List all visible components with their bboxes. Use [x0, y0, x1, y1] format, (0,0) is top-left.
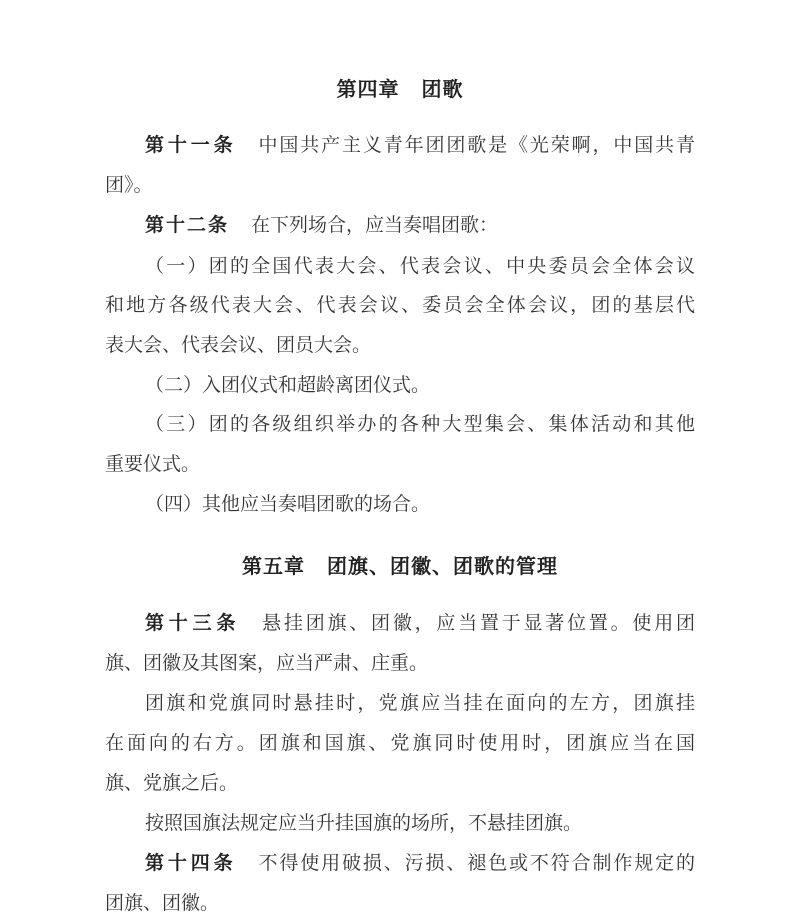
article-12-intro: 第十二条在下列场合，应当奏唱团歌： — [145, 212, 695, 238]
article-label: 第十二条 — [145, 214, 229, 236]
document-page: 第四章团歌 第十一条中国共产主义青年团团歌是《光荣啊，中国共青 团》。 第十二条… — [0, 0, 800, 923]
article-label: 第十三条 — [145, 612, 240, 634]
article-12-item3-line-1: （三）团的各级组织举办的各种大型集会、集体活动和其他 — [145, 411, 695, 437]
article-13-p2-line-1: 团旗和党旗同时悬挂时，党旗应当挂在面向的左方，团旗挂 — [145, 690, 695, 716]
chapter-title: 团旗、团徽、团歌的管理 — [327, 554, 558, 578]
article-text: 不得使用破损、污损、褪色或不符合制作规定的 — [259, 852, 695, 874]
article-12-item1-line-1: （一）团的全国代表大会、代表会议、中央委员会全体会议 — [145, 253, 695, 279]
article-13-p2-line-3: 旗、党旗之后。 — [105, 770, 695, 796]
article-14-line-1: 第十四条不得使用破损、污损、褪色或不符合制作规定的 — [145, 850, 695, 876]
chapter-number: 第四章 — [337, 77, 400, 101]
article-text: 在下列场合，应当奏唱团歌： — [251, 214, 498, 236]
article-12-item1-line-3: 表大会、代表会议、团员大会。 — [105, 332, 695, 358]
chapter-title: 团歌 — [422, 77, 464, 101]
article-12-item4: （四）其他应当奏唱团歌的场合。 — [145, 491, 695, 517]
article-11-line-2: 团》。 — [105, 172, 695, 198]
article-label: 第十四条 — [145, 852, 237, 874]
article-12-item3-line-2: 重要仪式。 — [105, 451, 695, 477]
article-text: 中国共产主义青年团团歌是《光荣啊，中国共青 — [259, 134, 695, 156]
article-text: 悬挂团旗、团徽，应当置于显著位置。使用团 — [262, 612, 695, 634]
article-14-line-2: 团旗、团徽。 — [105, 890, 695, 916]
article-13-p3: 按照国旗法规定应当升挂国旗的场所，不悬挂团旗。 — [145, 810, 695, 836]
article-12-item1-line-2: 和地方各级代表大会、代表会议、委员会全体会议，团的基层代 — [105, 292, 695, 318]
chapter-number: 第五章 — [242, 554, 305, 578]
chapter-5-heading: 第五章团旗、团徽、团歌的管理 — [0, 550, 800, 579]
article-11-line-1: 第十一条中国共产主义青年团团歌是《光荣啊，中国共青 — [145, 132, 695, 158]
article-13-p1-line-2: 旗、团徽及其图案，应当严肃、庄重。 — [105, 650, 695, 676]
article-13-p2-line-2: 在面向的右方。团旗和国旗、党旗同时使用时，团旗应当在国 — [105, 730, 695, 756]
article-13-p1-line-1: 第十三条悬挂团旗、团徽，应当置于显著位置。使用团 — [145, 610, 695, 636]
article-label: 第十一条 — [145, 134, 237, 156]
chapter-4-heading: 第四章团歌 — [0, 73, 800, 102]
article-12-item2: （二）入团仪式和超龄离团仪式。 — [145, 372, 695, 398]
